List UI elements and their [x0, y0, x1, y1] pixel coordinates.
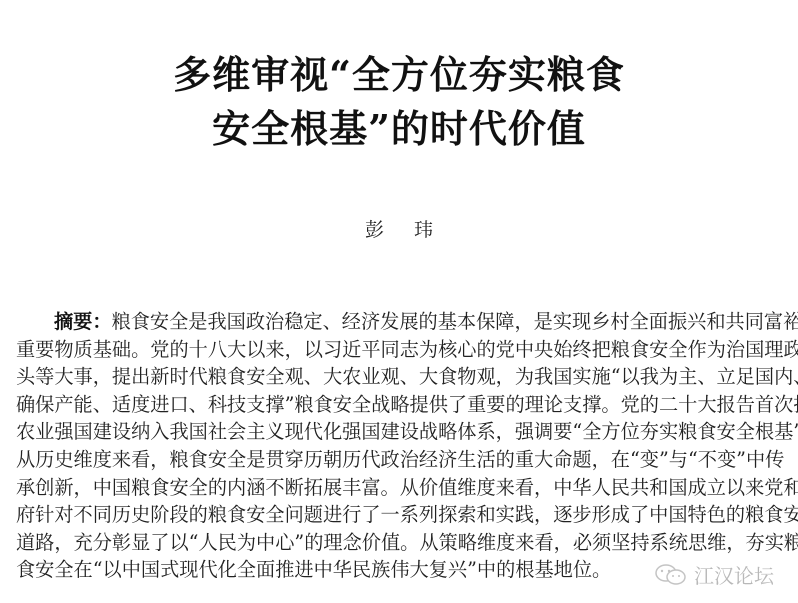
abstract-line-9: 道路，充分彰显了以“人民为中心”的理念价值。从策略维度来看，必须坚持系统思维，夯… — [16, 529, 784, 557]
article-title-line-2: 安全根基”的时代价值 — [0, 98, 798, 153]
abstract-line-8: 府针对不同历史阶段的粮食安全问题进行了一系列探索和实践，逐步形成了中国特色的粮食… — [16, 501, 784, 529]
abstract-line-4: 确保产能、适度进口、科技支撑”粮食安全战略提供了重要的理论支撑。党的二十大报告首… — [16, 391, 784, 419]
watermark: 江汉论坛 — [654, 560, 774, 589]
article-title-line-1: 多维审视“全方位夯实粮食 — [0, 44, 798, 99]
abstract-line-2: 重要物质基础。党的十八大以来，以习近平同志为核心的党中央始终把粮食安全作为治国理… — [16, 336, 784, 364]
author-given-name: 玮 — [414, 215, 433, 242]
watermark-text: 江汉论坛 — [694, 560, 774, 589]
wechat-icon — [654, 563, 688, 587]
abstract-line-6: 从历史维度来看，粮食安全是贯穿历朝历代政治经济生活的重大命题，在“变”与“不变”… — [16, 446, 784, 474]
abstract-line-1: 摘要：粮食安全是我国政治稳定、经济发展的基本保障，是实现乡村全面振兴和共同富裕的 — [16, 308, 784, 336]
abstract-line-7: 承创新，中国粮食安全的内涵不断拓展丰富。从价值维度来看，中华人民共和国成立以来党… — [16, 474, 784, 502]
abstract-line-5: 农业强国建设纳入我国社会主义现代化强国建设战略体系，强调要“全方位夯实粮食安全根… — [16, 418, 784, 446]
abstract-text: 粮食安全是我国政治稳定、经济发展的基本保障，是实现乡村全面振兴和共同富裕的 — [112, 310, 798, 333]
author-name: 彭玮 — [0, 215, 798, 242]
author-surname: 彭 — [365, 215, 384, 242]
abstract-label: 摘要： — [54, 310, 112, 333]
abstract-line-3: 头等大事，提出新时代粮食安全观、大农业观、大食物观，为我国实施“以我为主、立足国… — [16, 363, 784, 391]
abstract: 摘要：粮食安全是我国政治稳定、经济发展的基本保障，是实现乡村全面振兴和共同富裕的… — [16, 308, 784, 584]
